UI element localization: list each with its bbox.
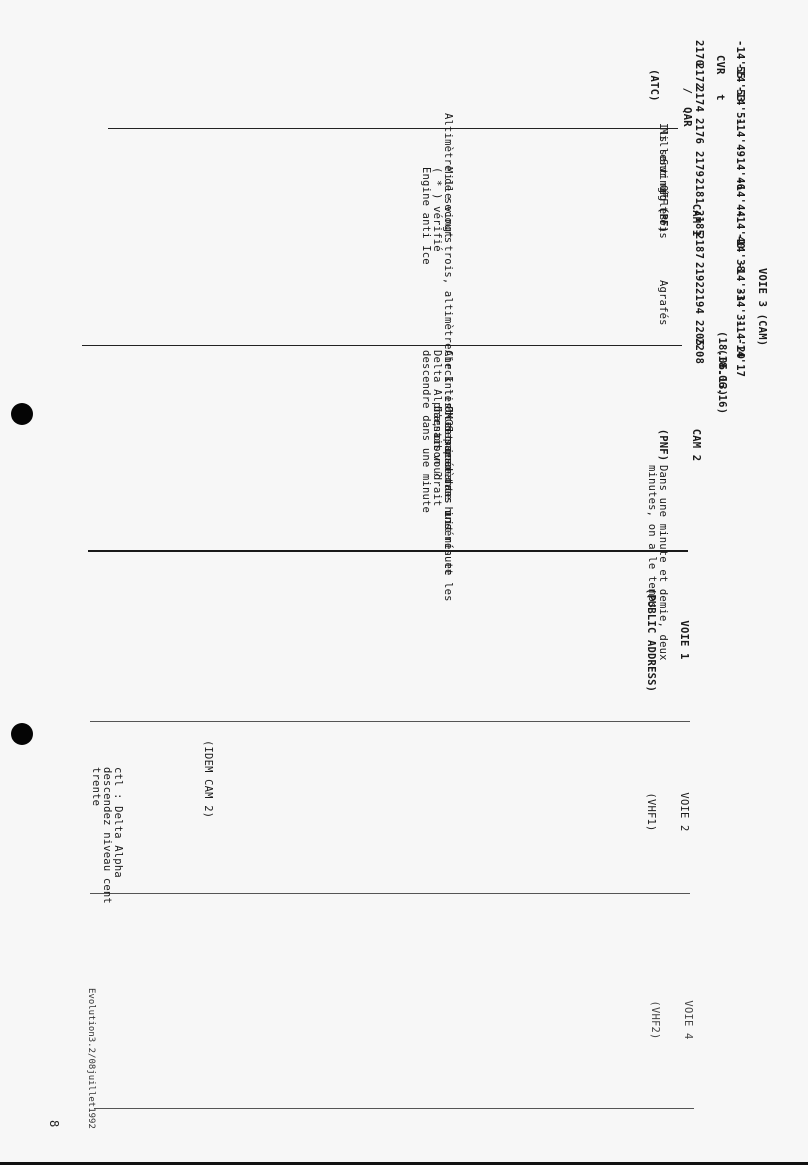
separator-end	[94, 1108, 694, 1109]
header-cam2-line1: CAM 2	[690, 415, 701, 475]
header-voie1-line1: VOIE 1	[678, 585, 689, 695]
header-voie4-line1: VOIE 4	[682, 990, 693, 1050]
header-voie4-line2: (VHF2)	[649, 990, 660, 1050]
cvr-time: -14'17	[734, 338, 745, 377]
header-time-line2: / QAR	[681, 55, 692, 145]
voie2-text: ctl : Delta Alpha descendez niveau cent …	[90, 767, 123, 904]
header-voie3: VOIE 3 (CAM)	[756, 268, 767, 346]
separator-cam2-voie1	[88, 550, 688, 552]
cam1-text: Dans une minute et demie, deux minutes, …	[646, 465, 668, 661]
footer-version: Evolution3.2/08juillet1992	[86, 988, 96, 1129]
header-voie2: VOIE 2 (VHF1)	[623, 782, 711, 842]
cam2-text: Air Inter cent quarante huit Delta Alpha…	[420, 350, 453, 533]
qar-value: 2174	[693, 86, 704, 112]
qar-value: 2187	[693, 233, 704, 259]
qar-value: 2208	[693, 338, 704, 364]
voie2-text: (IDEM CAM 2)	[202, 740, 213, 818]
header-voie2-line1: VOIE 2	[678, 782, 689, 842]
header-voie2-line2: (VHF1)	[645, 782, 656, 842]
cam1-text: Agrafés	[657, 280, 668, 326]
header-time-line1: CVR t	[714, 55, 725, 145]
header-cam1: CAM 1 (PF)	[635, 190, 723, 250]
punch-hole-bottom	[11, 723, 33, 745]
cam1-text: Sur OFF	[657, 159, 668, 205]
utc-time-note: (18.06.16)	[716, 349, 727, 414]
punch-hole-top	[11, 403, 33, 425]
qar-value: 2179	[693, 151, 704, 177]
separator-time-cam1	[108, 128, 678, 129]
cvr-transcript-page: CVR t / QAR (ATC) VOIE 3 (CAM) CAM 1 (PF…	[0, 0, 808, 1165]
cam2-text: Mille vingt trois, altimètre ( * ) vérif…	[420, 167, 453, 350]
page-number: 8	[47, 1120, 61, 1127]
separator-voie2-voie4	[90, 893, 690, 894]
header-time-col: CVR t / QAR (ATC)	[626, 55, 747, 145]
separator-cam1-cam2	[82, 345, 682, 346]
qar-value: 2192	[693, 262, 704, 288]
separator-voie1-voie2	[90, 721, 690, 722]
qar-value: 2176	[693, 118, 704, 144]
qar-value: 2181	[693, 178, 704, 204]
header-voie4: VOIE 4 (VHF2)	[627, 990, 715, 1050]
qar-value: 2194	[693, 288, 704, 314]
